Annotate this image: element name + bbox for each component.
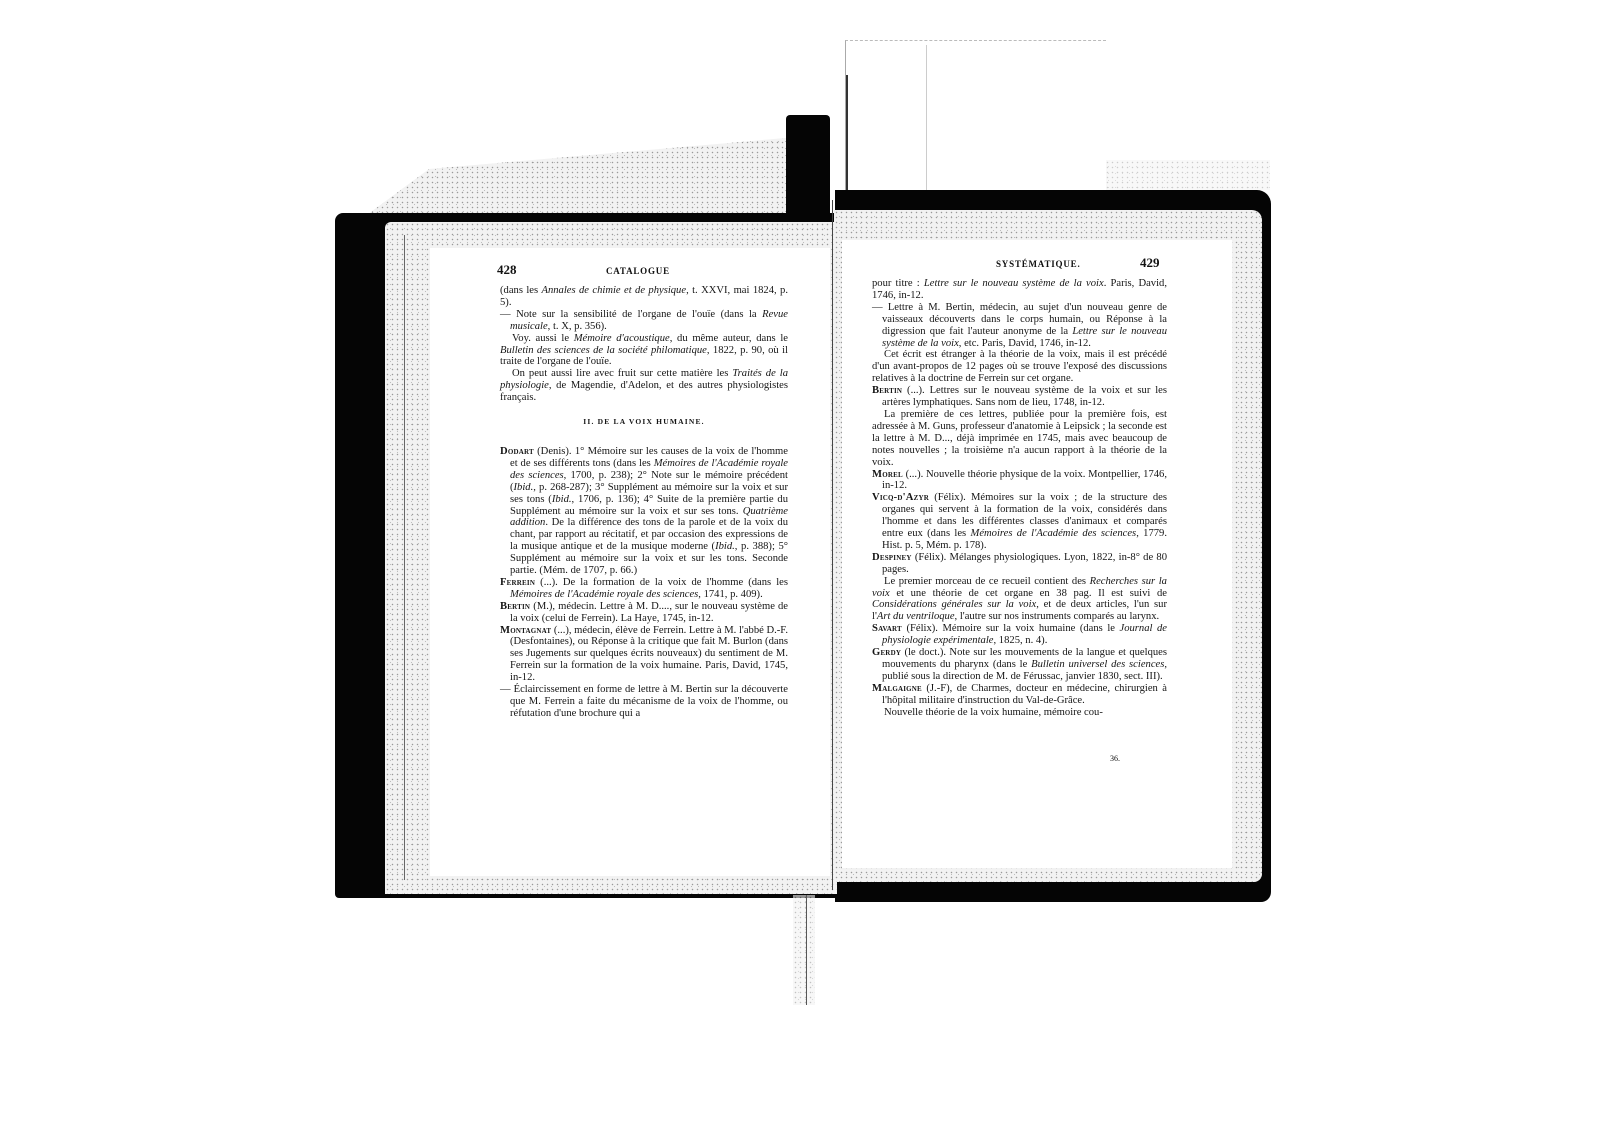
ribbon-bookmark bbox=[793, 895, 815, 1005]
gutter-line bbox=[832, 200, 833, 890]
page-number-left: 428 bbox=[497, 262, 517, 278]
paragraph: Nouvelle théorie de la voix humaine, mém… bbox=[872, 707, 1167, 719]
paragraph: — Éclaircissement en forme de lettre à M… bbox=[500, 684, 788, 720]
paragraph: Dodart (Denis). 1° Mémoire sur les cause… bbox=[500, 446, 788, 577]
paragraph: Morel (...). Nouvelle théorie physique d… bbox=[872, 469, 1167, 493]
paragraph: Despiney (Félix). Mélanges physiologique… bbox=[872, 552, 1167, 576]
paragraph: Bertin (...). Lettres sur le nouveau sys… bbox=[872, 385, 1167, 409]
left-page-text: (dans les Annales de chimie et de physiq… bbox=[500, 285, 788, 720]
left-page-inner-edge bbox=[404, 235, 405, 880]
paragraph: Gerdy (le doct.). Note sur les mouvement… bbox=[872, 647, 1167, 683]
paragraph: pour titre : Lettre sur le nouveau systè… bbox=[872, 278, 1167, 302]
scan-noise-top-left bbox=[360, 135, 820, 220]
running-head-right: SYSTÉMATIQUE. bbox=[996, 259, 1081, 269]
signature-mark: 36. bbox=[1110, 754, 1120, 763]
paragraph: Vicq-d'Azyr (Félix). Mémoires sur la voi… bbox=[872, 492, 1167, 552]
paragraph: La première de ces lettres, publiée pour… bbox=[872, 409, 1167, 469]
paper-flap bbox=[845, 40, 1106, 193]
running-head-left: CATALOGUE bbox=[606, 266, 670, 276]
paragraph: Ferrein (...). De la formation de la voi… bbox=[500, 577, 788, 601]
paragraph: Savart (Félix). Mémoire sur la voix huma… bbox=[872, 623, 1167, 647]
spine-top-block bbox=[786, 115, 830, 225]
paragraph: Le premier morceau de ce recueil contien… bbox=[872, 576, 1167, 624]
right-page-text: pour titre : Lettre sur le nouveau systè… bbox=[872, 278, 1167, 719]
paragraph: — Lettre à M. Bertin, médecin, au sujet … bbox=[872, 302, 1167, 350]
paragraph: Bertin (M.), médecin. Lettre à M. D....,… bbox=[500, 601, 788, 625]
paragraph: — Note sur la sensibilité de l'organe de… bbox=[500, 309, 788, 333]
paragraph: Malgaigne (J.-F), de Charmes, docteur en… bbox=[872, 683, 1167, 707]
spine-line bbox=[846, 75, 848, 205]
page-number-right: 429 bbox=[1140, 255, 1160, 271]
ribbon-edge bbox=[806, 895, 807, 1005]
paragraph: Montagnat (...), médecin, élève de Ferre… bbox=[500, 625, 788, 685]
flap-edge bbox=[926, 45, 927, 195]
paragraph: (dans les Annales de chimie et de physiq… bbox=[500, 285, 788, 309]
paragraph: Cet écrit est étranger à la théorie de l… bbox=[872, 349, 1167, 385]
section-heading: II. DE LA VOIX HUMAINE. bbox=[500, 416, 788, 428]
paragraph: On peut aussi lire avec fruit sur cette … bbox=[500, 368, 788, 404]
paragraph: Voy. aussi le Mémoire d'acoustique, du m… bbox=[500, 333, 788, 369]
